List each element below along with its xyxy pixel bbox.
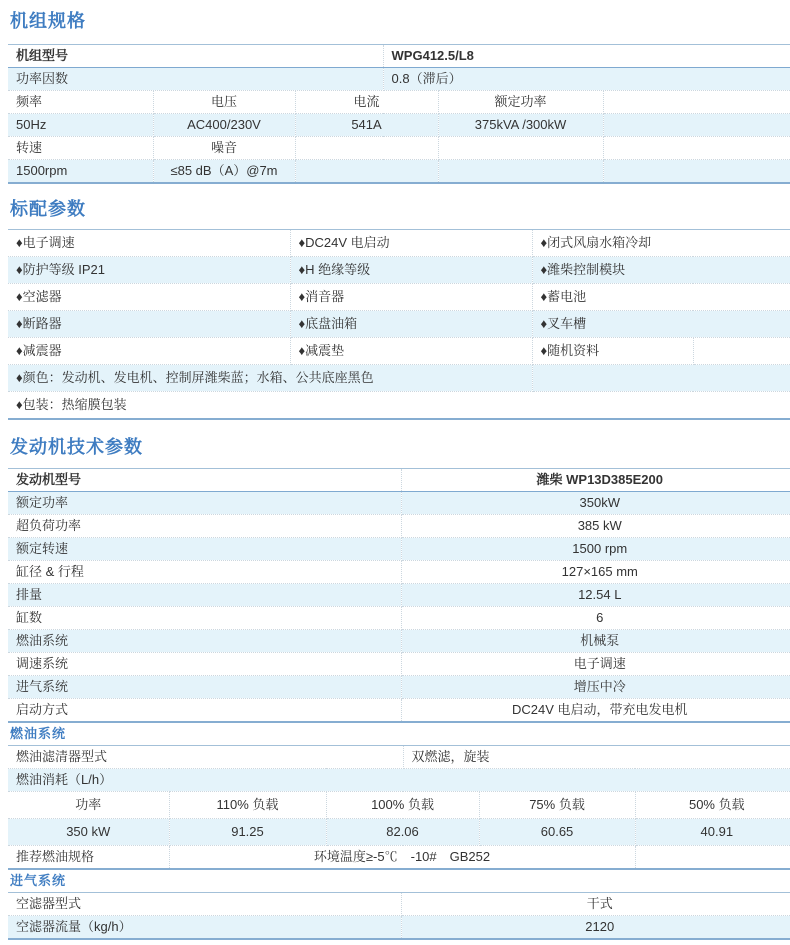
table-row: 缸数 6	[8, 607, 790, 630]
unit-model-value: WPG412.5/L8	[383, 45, 790, 68]
engine-spec-value: 6	[401, 607, 790, 630]
air-spec-value: 2120	[401, 916, 790, 940]
load-header: 功率	[8, 792, 169, 819]
empty-cell	[603, 91, 790, 114]
table-row: 频率 电压 电流 额定功率	[8, 91, 790, 114]
load-value: 91.25	[169, 819, 326, 846]
engine-spec-value: 潍柴 WP13D385E200	[401, 469, 790, 492]
table-row: 转速 噪音	[8, 137, 790, 160]
empty-cell	[635, 846, 790, 870]
subsection-title-air: 进气系统	[10, 873, 788, 889]
table-row: 进气系统 增压中冷	[8, 676, 790, 699]
table-row: 燃油滤清器型式 双燃滤，旋装	[8, 746, 790, 769]
table-row: 功率因数 0.8（滞后）	[8, 68, 790, 91]
empty-cell	[532, 365, 790, 392]
power-factor-label: 功率因数	[8, 68, 383, 91]
load-value: 350 kW	[8, 819, 169, 846]
engine-spec-label: 进气系统	[8, 676, 401, 699]
table-row: 启动方式 DC24V 电启动，带充电发电机	[8, 699, 790, 723]
air-spec-label: 空滤器型式	[8, 893, 401, 916]
table-row: ♦防护等级 IP21 ♦H 绝缘等级 ♦潍柴控制模块	[8, 257, 790, 284]
load-header: 75% 负载	[479, 792, 635, 819]
fuel-system-table: 燃油滤清器型式 双燃滤，旋装 燃油消耗（L/h） 功率 110% 负载 100%…	[8, 745, 790, 870]
engine-spec-label: 缸径 & 行程	[8, 561, 401, 584]
table-row: 额定转速 1500 rpm	[8, 538, 790, 561]
rated-power-value: 375kVA /300kW	[438, 114, 603, 137]
load-header: 100% 负载	[326, 792, 479, 819]
engine-spec-value: 127×165 mm	[401, 561, 790, 584]
engine-spec-label: 缸数	[8, 607, 401, 630]
load-header: 110% 负载	[169, 792, 326, 819]
std-item: ♦断路器	[8, 311, 290, 338]
table-row: 空滤器型式 干式	[8, 893, 790, 916]
engine-spec-label: 发动机型号	[8, 469, 401, 492]
subsection-title-fuel: 燃油系统	[10, 726, 788, 742]
engine-spec-label: 燃油系统	[8, 630, 401, 653]
voltage-header: 电压	[153, 91, 295, 114]
load-value: 82.06	[326, 819, 479, 846]
std-item: ♦减震器	[8, 338, 290, 365]
engine-spec-table: 发动机型号 潍柴 WP13D385E200 额定功率 350kW 超负荷功率 3…	[8, 468, 790, 723]
engine-spec-value: 1500 rpm	[401, 538, 790, 561]
engine-spec-label: 排量	[8, 584, 401, 607]
std-item: ♦DC24V 电启动	[290, 230, 532, 257]
std-item: ♦消音器	[290, 284, 532, 311]
unit-model-label: 机组型号	[8, 45, 383, 68]
power-factor-value: 0.8（滞后）	[383, 68, 790, 91]
empty-cell	[438, 137, 603, 160]
speed-header: 转速	[8, 137, 153, 160]
std-item: ♦底盘油箱	[290, 311, 532, 338]
table-row: 排量 12.54 L	[8, 584, 790, 607]
fuel-filter-value: 双燃滤，旋装	[403, 746, 790, 769]
table-row: ♦电子调速 ♦DC24V 电启动 ♦闭式风扇水箱冷却	[8, 230, 790, 257]
spec-page: 机组规格 机组型号 WPG412.5/L8 功率因数 0.8（滞后） 频率 电压…	[0, 0, 790, 940]
std-item: ♦空滤器	[8, 284, 290, 311]
load-value: 60.65	[479, 819, 635, 846]
air-spec-value: 干式	[401, 893, 790, 916]
table-row: 调速系统 电子调速	[8, 653, 790, 676]
std-item: ♦潍柴控制模块	[532, 257, 790, 284]
std-item: ♦随机资料	[532, 338, 693, 365]
freq-header: 频率	[8, 91, 153, 114]
load-header: 50% 负载	[635, 792, 790, 819]
load-value: 40.91	[635, 819, 790, 846]
table-row: 燃油消耗（L/h）	[8, 769, 790, 792]
table-row: ♦包装：热缩膜包装	[8, 392, 790, 420]
table-row: 额定功率 350kW	[8, 492, 790, 515]
voltage-value: AC400/230V	[153, 114, 295, 137]
engine-spec-label: 启动方式	[8, 699, 401, 723]
table-row: 推荐燃油规格 环境温度≥-5℃ -10# GB252	[8, 846, 790, 870]
engine-spec-label: 调速系统	[8, 653, 401, 676]
table-row: 1500rpm ≤85 dB（A）@7m	[8, 160, 790, 184]
table-row: 发动机型号 潍柴 WP13D385E200	[8, 469, 790, 492]
engine-spec-value: 385 kW	[401, 515, 790, 538]
table-row: 缸径 & 行程 127×165 mm	[8, 561, 790, 584]
air-spec-label: 空滤器流量（kg/h）	[8, 916, 401, 940]
freq-value: 50Hz	[8, 114, 153, 137]
section-title-standard: 标配参数	[10, 184, 788, 220]
table-row: ♦颜色：发动机、发电机、控制屏潍柴蓝；水箱、公共底座黑色	[8, 365, 790, 392]
speed-value: 1500rpm	[8, 160, 153, 184]
current-value: 541A	[295, 114, 438, 137]
table-row: ♦断路器 ♦底盘油箱 ♦叉车槽	[8, 311, 790, 338]
table-row: 超负荷功率 385 kW	[8, 515, 790, 538]
std-item: ♦减震垫	[290, 338, 532, 365]
empty-cell	[693, 338, 790, 365]
noise-value: ≤85 dB（A）@7m	[153, 160, 295, 184]
empty-cell	[603, 137, 790, 160]
std-item: ♦闭式风扇水箱冷却	[532, 230, 790, 257]
table-row: 燃油系统 机械泵	[8, 630, 790, 653]
table-row: 50Hz AC400/230V 541A 375kVA /300kW	[8, 114, 790, 137]
std-item: ♦电子调速	[8, 230, 290, 257]
std-item: ♦H 绝缘等级	[290, 257, 532, 284]
standard-config-table: ♦电子调速 ♦DC24V 电启动 ♦闭式风扇水箱冷却 ♦防护等级 IP21 ♦H…	[8, 229, 790, 420]
table-row: 机组型号 WPG412.5/L8	[8, 45, 790, 68]
empty-cell	[438, 160, 603, 184]
table-row: 350 kW 91.25 82.06 60.65 40.91	[8, 819, 790, 846]
engine-spec-value: 350kW	[401, 492, 790, 515]
engine-spec-label: 超负荷功率	[8, 515, 401, 538]
fuel-filter-label: 燃油滤清器型式	[8, 746, 403, 769]
empty-cell	[603, 160, 790, 184]
current-header: 电流	[295, 91, 438, 114]
std-pack-note: ♦包装：热缩膜包装	[8, 392, 790, 420]
table-row: ♦减震器 ♦减震垫 ♦随机资料	[8, 338, 790, 365]
table-row: 功率 110% 负载 100% 负载 75% 负载 50% 负载	[8, 792, 790, 819]
engine-spec-value: 电子调速	[401, 653, 790, 676]
fuel-spec-value: 环境温度≥-5℃ -10# GB252	[169, 846, 635, 870]
section-title-engine: 发动机技术参数	[10, 420, 788, 458]
engine-spec-value: 机械泵	[401, 630, 790, 653]
std-item: ♦蓄电池	[532, 284, 790, 311]
engine-spec-value: 12.54 L	[401, 584, 790, 607]
empty-cell	[295, 160, 438, 184]
section-title-unit: 机组规格	[10, 0, 788, 32]
std-item: ♦叉车槽	[532, 311, 790, 338]
empty-cell	[603, 114, 790, 137]
table-row: 空滤器流量（kg/h） 2120	[8, 916, 790, 940]
table-row: ♦空滤器 ♦消音器 ♦蓄电池	[8, 284, 790, 311]
engine-spec-label: 额定转速	[8, 538, 401, 561]
empty-cell	[295, 137, 438, 160]
fuel-spec-label: 推荐燃油规格	[8, 846, 169, 870]
fuel-consumption-label: 燃油消耗（L/h）	[8, 769, 790, 792]
rated-power-header: 额定功率	[438, 91, 603, 114]
unit-spec-table: 机组型号 WPG412.5/L8 功率因数 0.8（滞后） 频率 电压 电流 额…	[8, 44, 790, 184]
engine-spec-value: 增压中冷	[401, 676, 790, 699]
engine-spec-value: DC24V 电启动，带充电发电机	[401, 699, 790, 723]
engine-spec-label: 额定功率	[8, 492, 401, 515]
std-item: ♦防护等级 IP21	[8, 257, 290, 284]
std-color-note: ♦颜色：发动机、发电机、控制屏潍柴蓝；水箱、公共底座黑色	[8, 365, 532, 392]
noise-header: 噪音	[153, 137, 295, 160]
air-intake-table: 空滤器型式 干式 空滤器流量（kg/h） 2120	[8, 892, 790, 940]
